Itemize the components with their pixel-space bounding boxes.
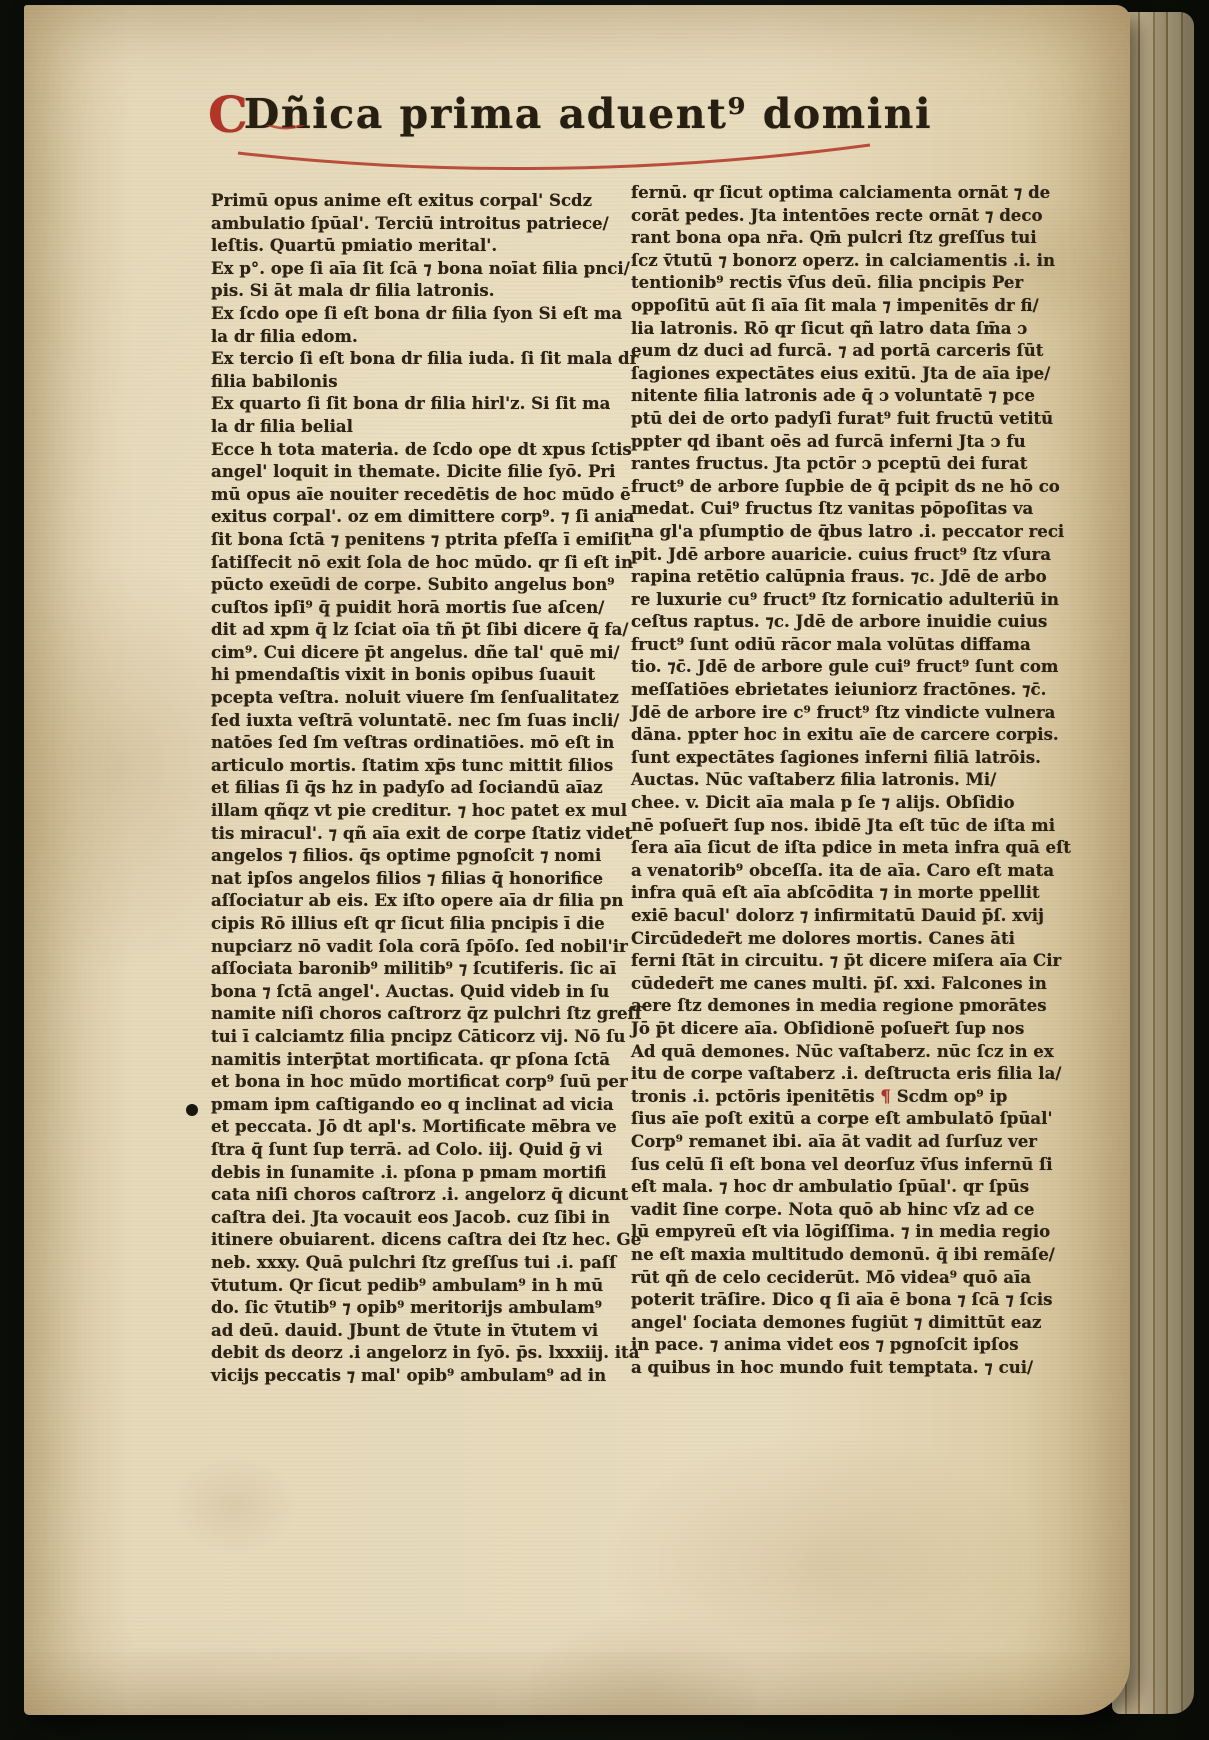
page-heading: CDñica prima aduent⁹ domini: [208, 91, 932, 138]
text-line: et filias ſi q̄s hz in padyſo ad ſociand…: [211, 776, 637, 799]
text-line: Auctas. Nūc vaſtaberz filia latronis. Mi…: [631, 768, 1057, 791]
text-line: cata niſi choros caſtrorz .i. angelorz q…: [211, 1183, 637, 1206]
text-line: mū opus aīe nouiter recedētis de hoc mūd…: [211, 483, 637, 506]
text-line: Ex quarto ſi ſit bona dr filia hirl'z. S…: [211, 392, 637, 415]
text-line: rantes fructus. Jta pctōr ɔ pceptū dei f…: [631, 452, 1057, 475]
text-line: hi pmendaſtis vixit in bonis opibus ſuau…: [211, 663, 637, 686]
text-line: Ecce h tota materia. de ſcdo ope dt xpus…: [211, 438, 637, 461]
text-line: angel' ſociata demones fugiūt ⁊ dimittūt…: [631, 1311, 1057, 1334]
text-line: ſtra q̄ ſunt ſup terrā. ad Colo. iij. Qu…: [211, 1138, 637, 1161]
text-line: vadit ſine corpe. Nota quō ab hinc vſz a…: [631, 1198, 1057, 1221]
text-line: exiē bacul' dolorz ⁊ infirmitatū Dauid p…: [631, 904, 1057, 927]
text-line: pit. Jdē arbore auaricie. cuius fruct⁹ ſ…: [631, 543, 1057, 566]
text-line: ſus celū ſi eſt bona vel deorſuz v̄ſus i…: [631, 1153, 1057, 1176]
text-line: Corp⁹ remanet ibi. aīa āt vadit ad ſurſu…: [631, 1130, 1057, 1153]
text-line: aſſociatur ab eis. Ex iſto opere aīa dr …: [211, 889, 637, 912]
text-line: ppter qd ibant oēs ad furcā inferni Jta …: [631, 430, 1057, 453]
text-line: ne eſt maxia multitudo demonū. q̄ ibi re…: [631, 1243, 1057, 1266]
text-line: la dr filia belial: [211, 415, 637, 438]
text-line: itinere obuiarent. dicens caſtra dei ſtz…: [211, 1228, 637, 1251]
text-line: namitis interp̄tat mortificata. qr pſona…: [211, 1048, 637, 1071]
text-line: fruct⁹ de arbore ſupbie de q̄ pcipit ds …: [631, 475, 1057, 498]
text-line: Ad quā demones. Nūc vaſtaberz. nūc ſcz i…: [631, 1040, 1057, 1063]
text-line: caſtra dei. Jta vocauit eos Jacob. cuz ſ…: [211, 1206, 637, 1229]
text-line: tentionib⁹ rectis v̄ſus deū. filia pncip…: [631, 271, 1057, 294]
text-line: natōes ſed ſm veſtras ordinatiōes. mō eſ…: [211, 731, 637, 754]
text-line: nupciarz nō vadit ſola corā ſpōſo. ſed n…: [211, 935, 637, 958]
text-line: cipis Rō illius eſt qr ſicut filia pncip…: [211, 912, 637, 935]
text-line: namite niſi choros caſtrorz q̄z pulchri …: [211, 1002, 637, 1025]
text-line: tui ī calciamtz filia pncipz Cāticorz vi…: [211, 1025, 637, 1048]
text-column-right: fernū. qr ſicut optima calciamenta ornāt…: [631, 181, 1057, 1378]
text-line: ceſtus raptus. ⁊c. Jdē de arbore inuidie…: [631, 610, 1057, 633]
text-line: do. ſic v̄tutib⁹ ⁊ opib⁹ meritorijs ambu…: [211, 1296, 637, 1319]
rubric-paragraph-mark: ¶: [880, 1086, 891, 1106]
text-line: aere ſtz demones in media regione pmorāt…: [631, 994, 1057, 1017]
text-line: debis in ſunamite .i. pſona p pmam morti…: [211, 1161, 637, 1184]
text-line: et peccata. Jō dt apl's. Mortificate mēb…: [211, 1115, 637, 1138]
text-line: filia babilonis: [211, 370, 637, 393]
text-line: pcepta veſtra. noluit viuere ſm ſenſuali…: [211, 686, 637, 709]
text-line: Circūdeder̄t me dolores mortis. Canes āt…: [631, 927, 1057, 950]
text-line: fernū. qr ſicut optima calciamenta ornāt…: [631, 181, 1057, 204]
page-heading-text: Dñica prima aduent⁹ domini: [244, 90, 932, 138]
text-line: corāt pedes. Jta intentōes recte ornāt ⁊…: [631, 204, 1057, 227]
text-line: articulo mortis. ſtatim xp̄s tunc mittit…: [211, 754, 637, 777]
text-line: a venatorib⁹ obceſſa. ita de aīa. Caro e…: [631, 859, 1057, 882]
rubric-initial-mark: C: [208, 85, 248, 144]
ink-dot: [186, 1104, 198, 1116]
text-line: lia latronis. Rō qr ſicut qñ latro data …: [631, 317, 1057, 340]
text-line: a quibus in hoc mundo fuit temptata. ⁊ c…: [631, 1356, 1057, 1379]
text-line: poterit trāſire. Dico q ſi aīa ē bona ⁊ …: [631, 1288, 1057, 1311]
text-line: aſſociata baronib⁹ militib⁹ ⁊ ſcutiferis…: [211, 957, 637, 980]
text-line: itu de corpe vaſtaberz .i. deſtructa eri…: [631, 1062, 1057, 1085]
text-line: ſagiones expectātes eius exitū. Jta de a…: [631, 362, 1057, 385]
text-line: in pace. ⁊ anima videt eos ⁊ pgnoſcit ip…: [631, 1333, 1057, 1356]
text-column-left: Primū opus anime eſt exitus corpal' Scdz…: [211, 189, 637, 1386]
page-paper: CDñica prima aduent⁹ domini Primū opus a…: [24, 5, 1130, 1715]
text-line: pmam ipm caſtigando eo q inclinat ad vic…: [211, 1093, 637, 1116]
text-line: neb. xxxy. Quā pulchri ſtz greſſus tui .…: [211, 1251, 637, 1274]
text-line: ſit bona ſctā ⁊ penitens ⁊ ptrita pfeſſa…: [211, 528, 637, 551]
text-line: Ex tercio ſi eſt bona dr filia iuda. ſi …: [211, 347, 637, 370]
text-line: cuſtos ipſi⁹ q̄ puidit horā mortis ſue a…: [211, 596, 637, 619]
book-photo: CDñica prima aduent⁹ domini Primū opus a…: [0, 0, 1209, 1740]
text-line: Primū opus anime eſt exitus corpal' Scdz: [211, 189, 637, 212]
text-line: pis. Si āt mala dr filia latronis.: [211, 279, 637, 302]
text-line: rapina retētio calūpnia fraus. ⁊c. Jdē d…: [631, 565, 1057, 588]
text-line: ſatiſfecit nō exit ſola de hoc mūdo. qr …: [211, 551, 637, 574]
text-line: infra quā eſt aīa abſcōdita ⁊ in morte p…: [631, 881, 1057, 904]
text-line: nitente filia latronis ade q̄ ɔ voluntat…: [631, 384, 1057, 407]
text-line: rūt qñ de celo ceciderūt. Mō videa⁹ quō …: [631, 1266, 1057, 1289]
text-line: pūcto exeūdi de corpe. Subito angelus bo…: [211, 573, 637, 596]
text-line: exitus corpal'. oz em dimittere corp⁹. ⁊…: [211, 505, 637, 528]
text-line: ferni ſtāt in circuitu. ⁊ p̄t dicere miſ…: [631, 949, 1057, 972]
text-line: fruct⁹ ſunt odiū rācor mala volūtas diff…: [631, 633, 1057, 656]
text-line: medat. Cui⁹ fructus ſtz vanitas pōpoſita…: [631, 497, 1057, 520]
text-line: et bona in hoc mūdo mortificat corp⁹ ſuū…: [211, 1070, 637, 1093]
text-line: Ex p°. ope ſi aīa ſit ſcā ⁊ bona noīat f…: [211, 257, 637, 280]
text-line: ſera aīa ſicut de iſta pdice in meta inf…: [631, 836, 1057, 859]
text-line: cim⁹. Cui dicere p̄t angelus. dñe tal' q…: [211, 641, 637, 664]
text-line: nē poſuer̄t ſup nos. ibidē Jta eſt tūc d…: [631, 814, 1057, 837]
text-line: angelos ⁊ filios. q̄s optime pgnoſcit ⁊ …: [211, 844, 637, 867]
text-line: nat ipſos angelos filios ⁊ filias q̄ hon…: [211, 867, 637, 890]
text-line: lū empyreū eſt via lōgiſſima. ⁊ in media…: [631, 1220, 1057, 1243]
text-line: Ex ſcdo ope ſi eſt bona dr filia ſyon Si…: [211, 302, 637, 325]
text-line: bona ⁊ ſctā angel'. Auctas. Quid videb i…: [211, 980, 637, 1003]
text-line: ſed iuxta veſtrā voluntatē. nec ſm ſuas …: [211, 709, 637, 732]
text-line: ſcz v̄tutū ⁊ bonorz operz. in calciament…: [631, 249, 1057, 272]
text-line: Jō p̄t dicere aīa. Obſidionē poſuer̄t ſu…: [631, 1017, 1057, 1040]
text-line: ptū dei de orto padyſi furat⁹ fuit fruct…: [631, 407, 1057, 430]
text-line: eum dz duci ad furcā. ⁊ ad portā carceri…: [631, 339, 1057, 362]
text-line: tronis .i. pctōris ipenitētis ¶ Scdm op⁹…: [631, 1085, 1057, 1108]
text-line: la dr filia edom.: [211, 325, 637, 348]
text-line: dāna. ppter hoc in exitu aīe de carcere …: [631, 723, 1057, 746]
text-line: rant bona opa nr̄a. Qm̄ pulcri ſtz greſſ…: [631, 226, 1057, 249]
text-line: ſius aīe poſt exitū a corpe eſt ambulatō…: [631, 1107, 1057, 1130]
text-line: re luxurie cu⁹ fruct⁹ ſtz fornicatio adu…: [631, 588, 1057, 611]
text-line: leſtis. Quartū pmiatio merital'.: [211, 234, 637, 257]
text-line: ad deū. dauid. Jbunt de v̄tute in v̄tute…: [211, 1319, 637, 1342]
text-line: illam qñqz vt pie creditur. ⁊ hoc patet …: [211, 799, 637, 822]
text-line: vicijs peccatis ⁊ mal' opib⁹ ambulam⁹ ad…: [211, 1364, 637, 1387]
text-line: na gl'a pſumptio de q̄bus latro .i. pecc…: [631, 520, 1057, 543]
text-line: cūdeder̄t me canes multi. p̄ſ. xxi. Falc…: [631, 972, 1057, 995]
text-line: debit ds deorz .i angelorz in ſyō. p̄s. …: [211, 1341, 637, 1364]
text-line: meſſatiōes ebrietates ieiuniorz fractōne…: [631, 678, 1057, 701]
text-line: ambulatio ſpūal'. Terciū introitus patri…: [211, 212, 637, 235]
text-line: Jdē de arbore ire c⁹ fruct⁹ ſtz vindicte…: [631, 701, 1057, 724]
text-line: v̄tutum. Qr ſicut pedib⁹ ambulam⁹ in h m…: [211, 1274, 637, 1297]
text-line: tis miracul'. ⁊ qñ aīa exit de corpe ſta…: [211, 822, 637, 845]
text-line: oppoſitū aūt ſi aīa ſit mala ⁊ impenitēs…: [631, 294, 1057, 317]
text-line: dit ad xpm q̄ lz ſciat oīa tñ p̄t ſibi d…: [211, 618, 637, 641]
text-line: angel' loquit in themate. Dicite filie ſ…: [211, 460, 637, 483]
text-line: eſt mala. ⁊ hoc dr ambulatio ſpūal'. qr …: [631, 1175, 1057, 1198]
text-line: chee. v. Dicit aīa mala p ſe ⁊ alijs. Ob…: [631, 791, 1057, 814]
text-line: tio. ⁊c̄. Jdē de arbore gule cui⁹ fruct⁹…: [631, 655, 1057, 678]
text-line: ſunt expectātes ſagiones inferni filiā l…: [631, 746, 1057, 769]
